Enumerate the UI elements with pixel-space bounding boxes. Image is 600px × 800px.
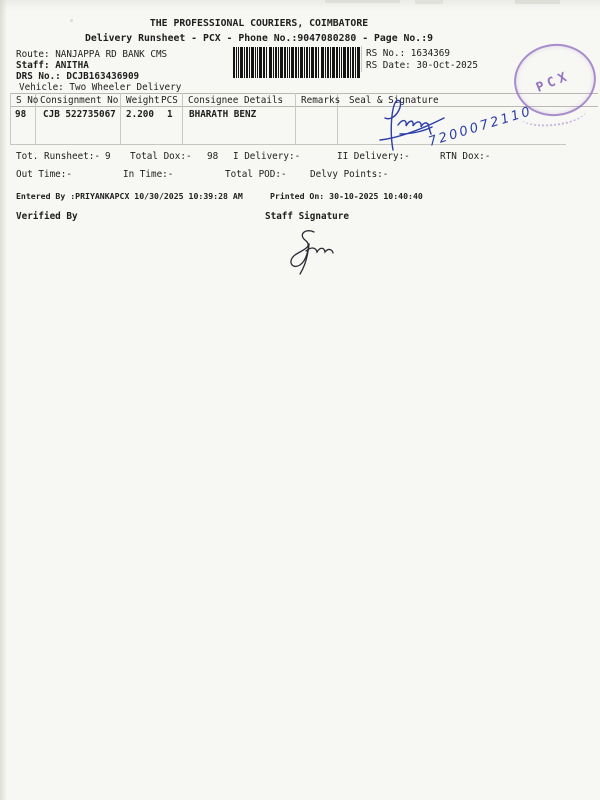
col-header-weight: Weight (126, 96, 160, 106)
route-line: Route: NANJAPPA RD BANK CMS (16, 50, 167, 60)
rs-no-line: RS No.: 1634369 (366, 49, 450, 59)
row-consignee: BHARATH BENZ (189, 110, 256, 120)
tot-runsheet-value: 9 (105, 152, 111, 162)
table-col-line (120, 93, 121, 144)
page-title: THE PROFESSIONAL COURIERS, COIMBATORE (0, 19, 518, 29)
handwritten-phone: 7200072110 (427, 104, 534, 150)
rs-date-label: RS Date: (366, 60, 411, 71)
entered-by-line: Entered By :PRIYANKAPCX 10/30/2025 10:39… (16, 192, 243, 201)
total-dox-label: Total Dox:- (130, 152, 192, 162)
row-pcs: 1 (167, 110, 173, 120)
col-header-consignee: Consignee Details (188, 96, 283, 106)
table-col-line (182, 93, 183, 144)
staff-line: Staff: ANITHA (16, 61, 89, 71)
vehicle-value: Two Wheeler Delivery (69, 82, 181, 93)
rs-no-value: 1634369 (411, 48, 450, 59)
vehicle-label: Vehicle: (19, 82, 64, 93)
staff-label: Staff: (16, 60, 50, 71)
scan-top-shade (0, 0, 600, 10)
vehicle-line: Vehicle: Two Wheeler Delivery (19, 83, 181, 93)
staff-signature (278, 224, 342, 276)
rs-cell-border (361, 46, 362, 72)
scan-edge-shadow (0, 0, 7, 800)
pcx-stamp-text: PCX (534, 68, 573, 95)
staff-value: ANITHA (55, 60, 89, 71)
rs-date-value: 30-Oct-2025 (416, 60, 478, 71)
col-header-pcs: PCS (161, 96, 178, 106)
table-col-line (295, 93, 296, 144)
tot-runsheet-label: Tot. Runsheet:- (16, 152, 100, 162)
drs-label: DRS No.: (16, 71, 61, 82)
out-time-label: Out Time:- (16, 170, 72, 180)
row-weight: 2.200 (126, 110, 154, 120)
delvy-points-label: Delvy Points:- (310, 170, 388, 180)
row-sno: 98 (15, 110, 26, 120)
route-label: Route: (16, 49, 50, 60)
printed-on-line: Printed On: 30-10-2025 10:40:40 (270, 192, 423, 201)
table-col-line (10, 93, 11, 144)
page-subtitle: Delivery Runsheet - PCX - Phone No.:9047… (0, 34, 518, 44)
ii-delivery-label: II Delivery:- (337, 152, 410, 162)
rs-date-line: RS Date: 30-Oct-2025 (366, 61, 478, 71)
scan-artifact (325, 0, 400, 3)
rtn-dox-label: RTN Dox:- (440, 152, 490, 162)
total-dox-value: 98 (207, 152, 218, 162)
consignee-signature: 7200072110 (372, 94, 542, 156)
drs-value: DCJB163436909 (66, 71, 139, 82)
col-header-remarks: Remarks (301, 96, 340, 106)
drs-line: DRS No.: DCJB163436909 (16, 72, 139, 82)
i-delivery-label: I Delivery:- (233, 152, 300, 162)
row-consignment: CJB 522735067 (43, 110, 116, 120)
in-time-label: In Time:- (123, 170, 173, 180)
scan-artifact (415, 0, 443, 4)
rs-no-label: RS No.: (366, 48, 405, 59)
col-header-consignment: Consignment No (40, 96, 118, 106)
col-header-sno: S No (16, 96, 38, 106)
barcode (233, 47, 360, 78)
route-value: NANJAPPA RD BANK CMS (55, 49, 167, 60)
verified-by-label: Verified By (16, 212, 78, 222)
staff-signature-label: Staff Signature (265, 212, 349, 222)
total-pod-label: Total POD:- (225, 170, 287, 180)
document-scan: THE PROFESSIONAL COURIERS, COIMBATORE De… (0, 0, 600, 800)
scan-artifact (515, 0, 560, 4)
